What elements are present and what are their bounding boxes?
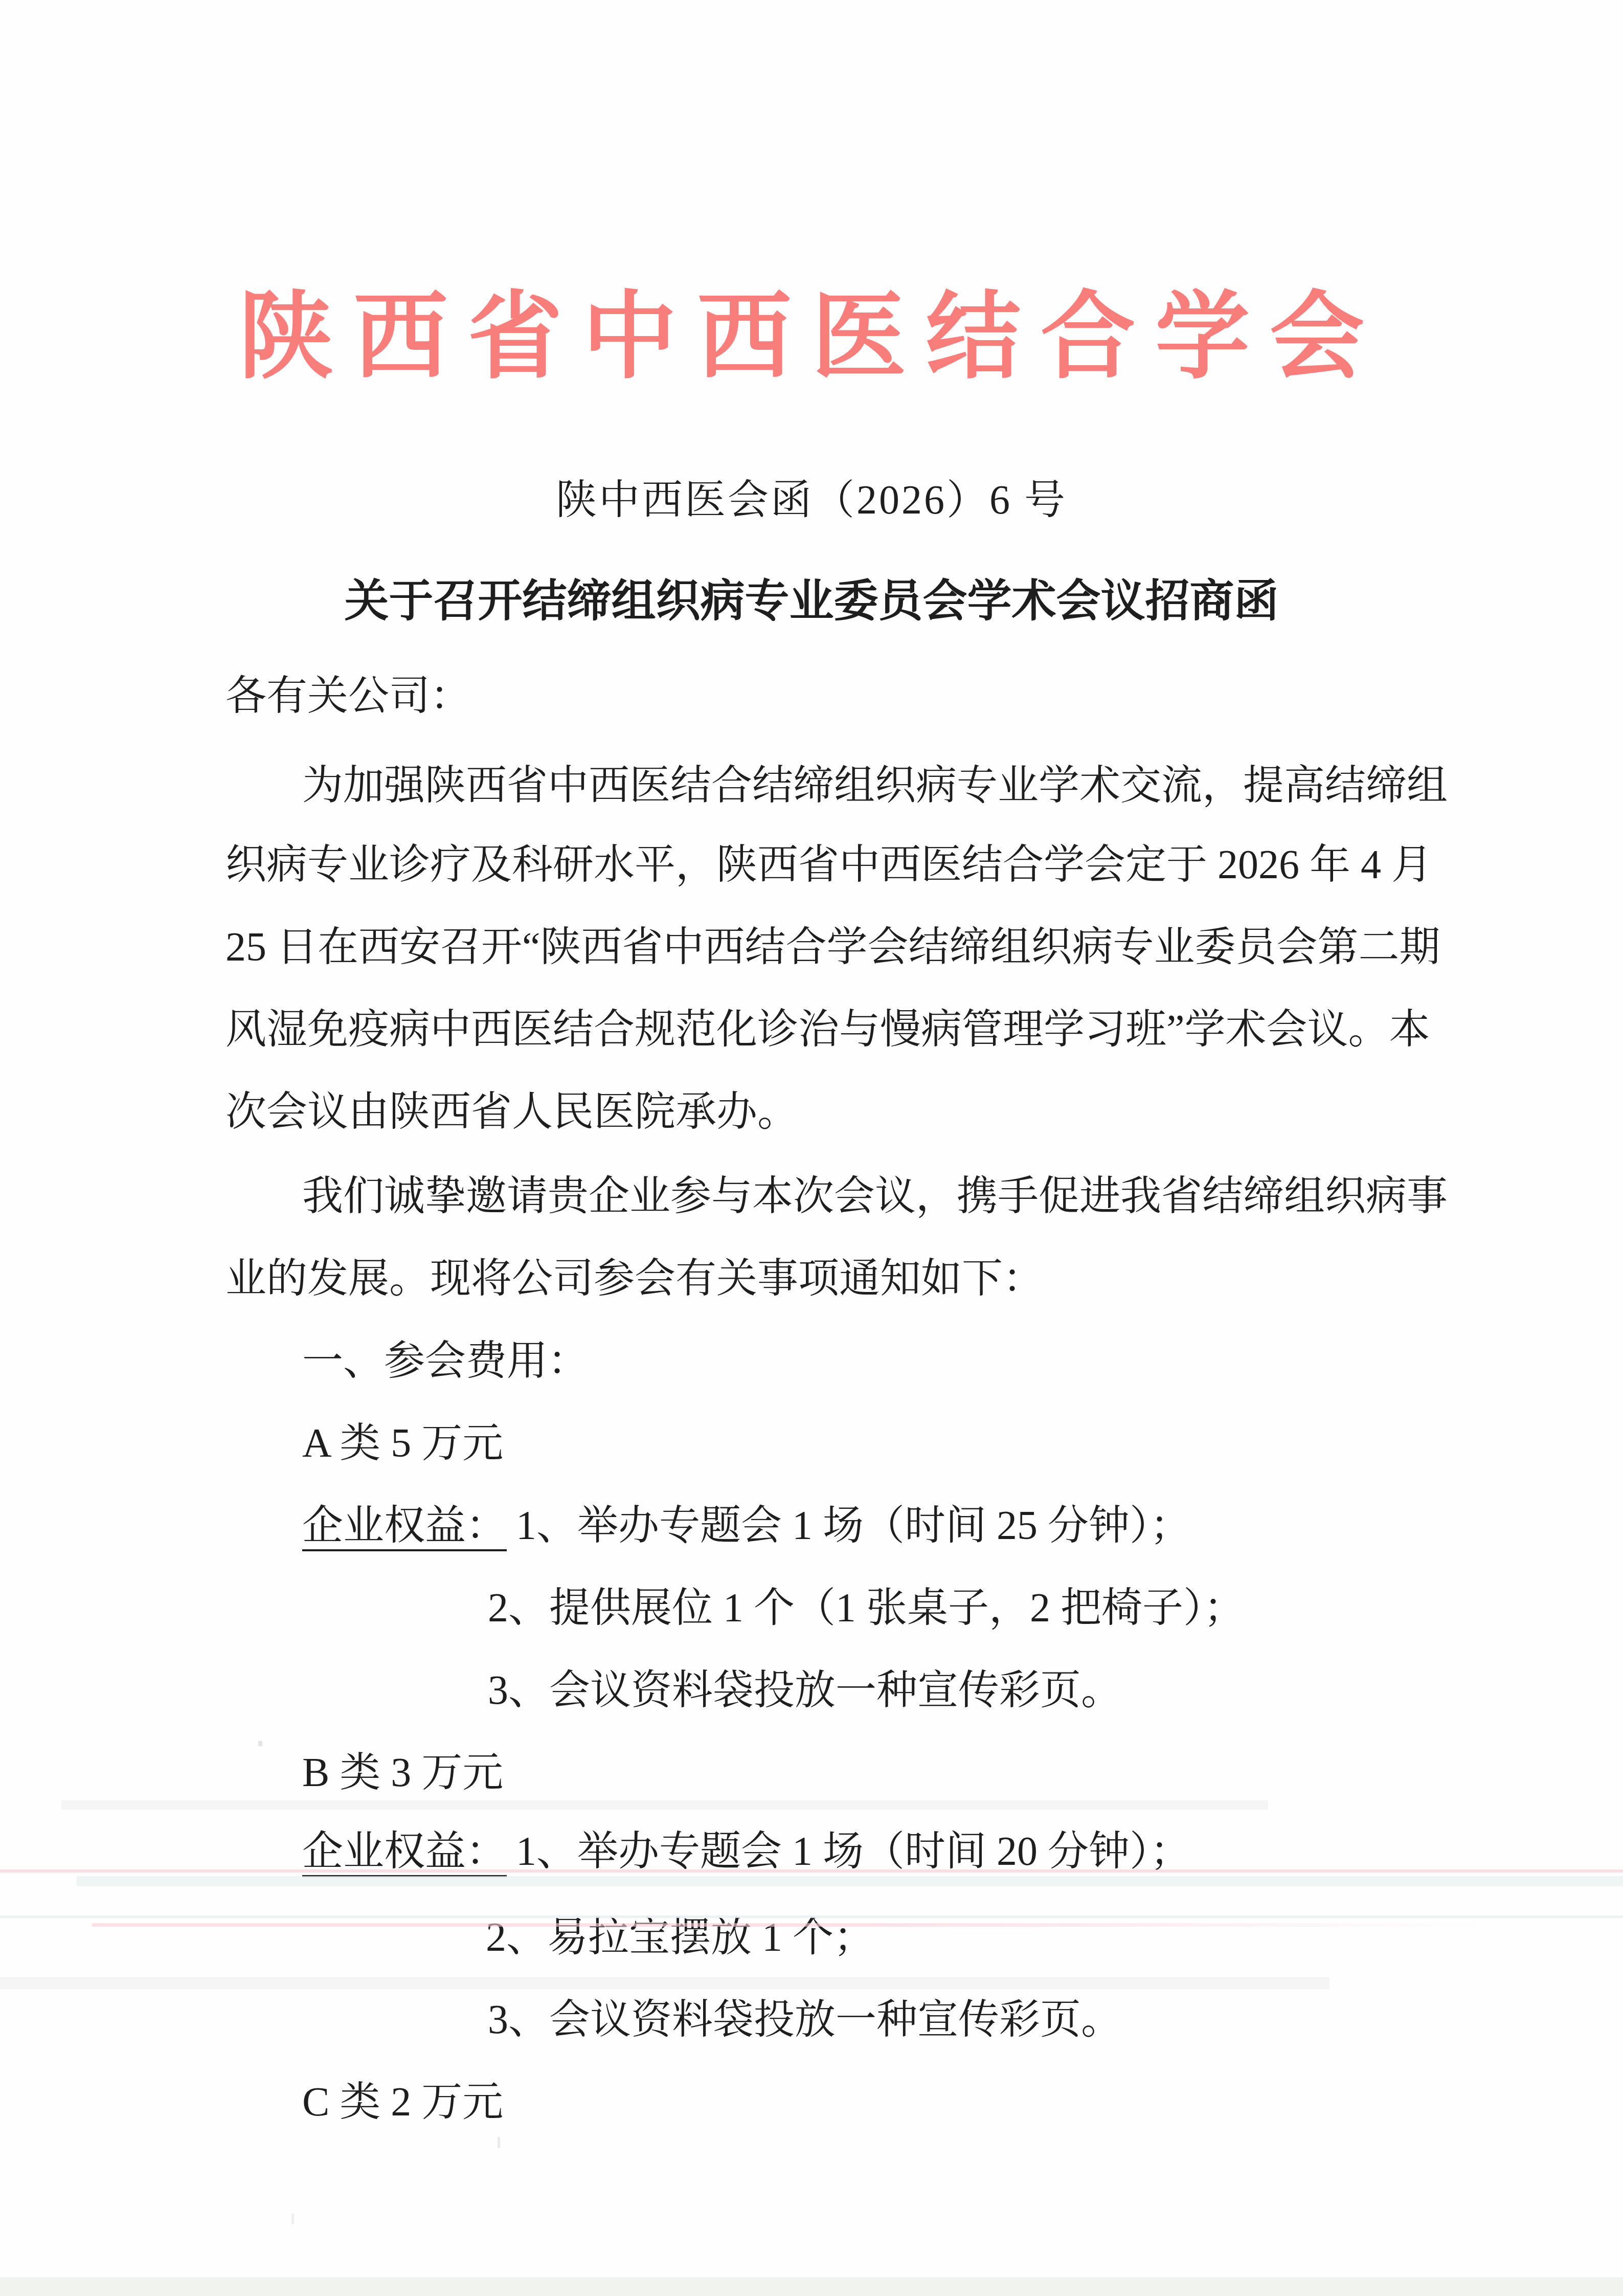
- class-a-item1: 1、举办专题会 1 场（时间 25 分钟）；: [516, 1503, 1191, 1548]
- class-b-title: B 类 3 万元: [302, 1748, 503, 1797]
- scan-speck: [258, 1741, 262, 1746]
- class-b-rights-label: 企业权益：: [302, 1829, 507, 1877]
- class-a-rights-label: 企业权益：: [302, 1503, 507, 1551]
- para2-line2: 业的发展。现将公司参会有关事项通知如下：: [226, 1254, 1044, 1303]
- scan-streak-gray-2: [0, 1977, 1329, 1989]
- scanned-letter-page: 陕西省中西医结合学会 陕中西医会函（2026）6 号 关于召开结缔组织病专业委员…: [0, 0, 1623, 2296]
- scan-streak-blue-1: [77, 1876, 1623, 1886]
- page-bottom-strip: [0, 2277, 1623, 2296]
- class-b-item1: 1、举办专题会 1 场（时间 20 分钟）；: [516, 1829, 1191, 1874]
- para1-line1: 为加强陕西省中西医结合结缔组织病专业学术交流，提高结缔组: [302, 761, 1448, 810]
- class-a-item3: 3、会议资料袋投放一种宣传彩页。: [488, 1666, 1122, 1715]
- subject-line: 关于召开结缔组织病专业委员会学术会议招商函: [0, 575, 1623, 628]
- class-a-title: A 类 5 万元: [302, 1419, 503, 1468]
- scan-speck: [291, 2214, 294, 2224]
- letterhead-org-title: 陕西省中西医结合学会: [0, 281, 1623, 395]
- para1-line3: 25 日在西安召开“陕西省中西结合学会结缔组织病专业委员会第二期: [226, 923, 1440, 972]
- class-a-item2: 2、提供展位 1 个（1 张桌子，2 把椅子）；: [488, 1584, 1245, 1633]
- class-b-item3: 3、会议资料袋投放一种宣传彩页。: [488, 1995, 1122, 2044]
- class-c-title: C 类 2 万元: [302, 2078, 503, 2127]
- greeting-line: 各有关公司：: [226, 672, 471, 721]
- class-b-rights-line: 企业权益：1、举办专题会 1 场（时间 20 分钟）；: [302, 1827, 1191, 1876]
- para2-line1: 我们诚挚邀请贵企业参与本次会议，携手促进我省结缔组织病事: [302, 1172, 1448, 1221]
- para1-line4: 风湿免疫病中西医结合规范化诊治与慢病管理学习班”学术会议。本: [226, 1005, 1430, 1054]
- class-b-item2: 2、易拉宝摆放 1 个；: [486, 1913, 874, 1962]
- scan-streak-gray-1: [61, 1800, 1268, 1810]
- para1-line2: 织病专业诊疗及科研水平，陕西省中西医结合学会定于 2026 年 4 月: [226, 840, 1432, 889]
- class-a-rights-line: 企业权益：1、举办专题会 1 场（时间 25 分钟）；: [302, 1501, 1191, 1550]
- scan-speck: [498, 2137, 500, 2148]
- doc-number-line: 陕中西医会函（2026）6 号: [0, 476, 1623, 525]
- fees-section-heading: 一、参会费用：: [302, 1336, 589, 1386]
- para1-line5: 次会议由陕西省人民医院承办。: [226, 1087, 798, 1136]
